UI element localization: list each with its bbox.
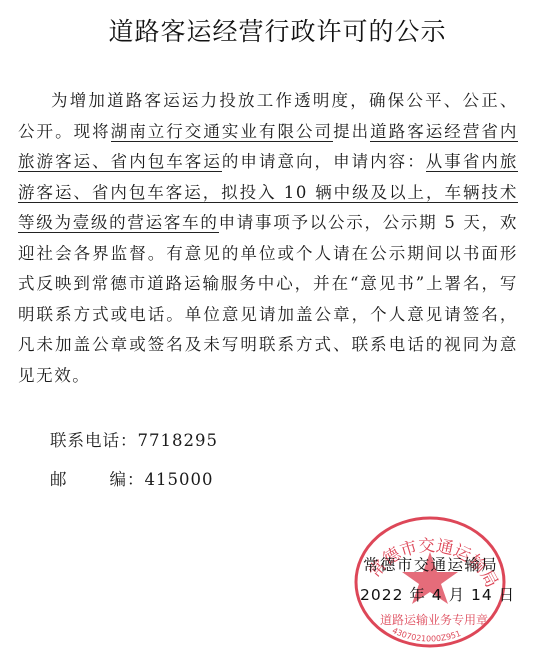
postcode-label: 邮 [50, 470, 68, 489]
issue-date: 2022 年 4 月 14 日 [360, 583, 515, 605]
contact-postcode: 邮编：415000 [50, 466, 214, 490]
postcode-label: 编： [110, 470, 145, 489]
document-title: 道路客运经营行政许可的公示 [0, 12, 555, 48]
postcode-number: 415000 [145, 470, 214, 489]
phone-label: 联系电话： [50, 431, 138, 450]
phone-number: 7718295 [138, 431, 219, 450]
notice-paragraph: 为增加道路客运运力投放工作透明度，确保公平、公正、公开。现将湖南立行交通实业有限… [18, 86, 518, 391]
contact-phone: 联系电话：7718295 [50, 427, 218, 451]
seal-bottom-text: 道路运输业务专用章 [380, 612, 488, 627]
paragraph-text: 提出 [333, 122, 370, 141]
paragraph-text: 申请事项予以公示，公示期 5 天，欢迎社会各界监督。有意见的单位或个人请在公示期… [18, 213, 518, 385]
company-name: 湖南立行交通实业有限公司 [111, 122, 333, 142]
issuer-name: 常德市交通运输局 [363, 553, 498, 575]
official-seal-icon: 常德市交通运输局 道路运输业务专用章 4307021000Z951 [350, 512, 510, 652]
paragraph-text: 的申请意向，申请内容： [222, 152, 426, 171]
